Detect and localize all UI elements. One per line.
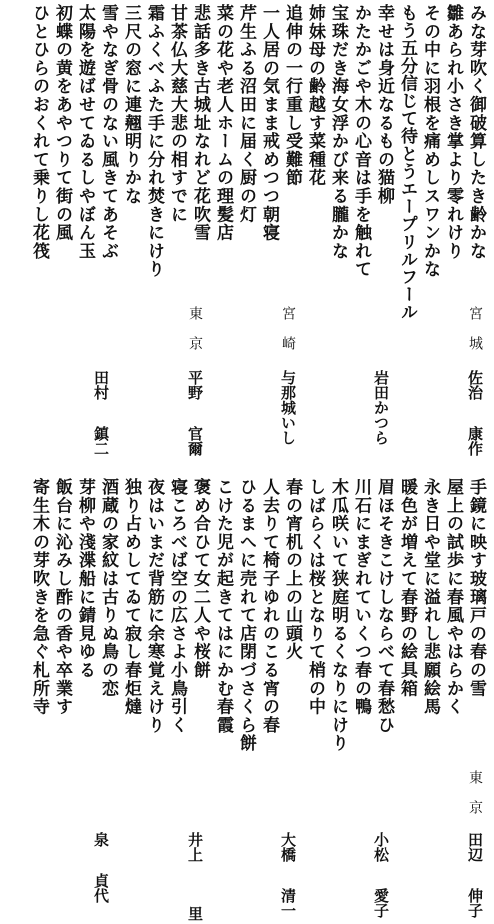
- haiku-line: ひとひらのおくれて乗りし花筏: [29, 4, 49, 260]
- author-family-name: 田村: [92, 370, 110, 400]
- author-prefecture: 東京: [186, 306, 204, 366]
- haiku-line: 酒蔵の家紋は古りぬ鳥の恋: [98, 478, 118, 698]
- haiku-line: 夜はいまだ背筋に余寒覚えけり: [144, 478, 164, 734]
- author-given-name: 康作: [466, 426, 484, 456]
- haiku-line: 三尺の窓に連翹明りかな: [121, 4, 141, 205]
- author-prefecture: 東京: [466, 770, 484, 830]
- author-prefecture: 宮城: [466, 306, 484, 366]
- haiku-line: 菜の花や老人ホームの理髪店: [213, 4, 233, 242]
- author-name: 田辺伸子: [466, 832, 484, 918]
- haiku-line: 雛あられ小さき掌より零れけり: [443, 4, 463, 260]
- haiku-line: もう五分信じて待とうエープリルフール: [397, 4, 417, 321]
- haiku-line: 宝珠だき海女浮かび来る朧かな: [328, 4, 348, 260]
- haiku-line: 雪やなぎ骨のない風きてあそぶ: [98, 4, 118, 260]
- author-name: 佐治康作: [466, 370, 484, 456]
- haiku-line: 独り占めしてゐて寂し春炬燵: [121, 478, 141, 716]
- haiku-line: 芽柳や淺渫船に錆見ゆる: [75, 478, 95, 679]
- author-prefecture: 宮崎: [279, 306, 297, 366]
- author-given-name: 伸子: [466, 888, 484, 918]
- haiku-line: 初蝶の黄をあやつりて街の風: [52, 4, 72, 242]
- author-family-name: 小松: [372, 832, 390, 862]
- author-name: 小松愛子: [372, 832, 390, 918]
- haiku-line: 春の宵机の上の山頭火: [282, 478, 302, 661]
- author-name: 与那城いし: [279, 370, 297, 445]
- author-name: 井上里: [186, 832, 204, 921]
- haiku-line: 一人居の気まま戒めつつ朝寝: [259, 4, 279, 242]
- haiku-line: 芹生ふる沼田に届く厨の灯: [236, 4, 256, 224]
- haiku-line: 眉ほそきこけしならべて春愁ひ: [374, 478, 394, 734]
- author-name: 田村鎮二: [92, 370, 110, 456]
- author-family-name: 平野: [186, 370, 204, 400]
- haiku-line: 太陽を遊ばせてゐるしやぼん玉: [75, 4, 95, 260]
- author-name: 平野官爾: [186, 370, 204, 456]
- author-family-name: 大橋: [279, 832, 297, 862]
- haiku-line: 褒め合ひて女二人や桜餅: [190, 478, 210, 679]
- haiku-line: 姉妹母の齢越す菜種花: [305, 4, 325, 187]
- author-name: 岩田かつら: [372, 370, 390, 445]
- author-given-name: 鎮二: [92, 426, 110, 456]
- haiku-line: 寄生木の芽吹きを急ぐ札所寺: [29, 478, 49, 716]
- haiku-line: 木瓜咲いて狭庭明るくなりにけり: [328, 478, 348, 753]
- haiku-line: 霜ふくべふた手に分れ焚きにけり: [144, 4, 164, 279]
- haiku-line: ひるまへに売れて店閉づさくら餅: [236, 478, 256, 753]
- author-given-name: かつら: [372, 400, 390, 445]
- author-given-name: 貞代: [92, 873, 110, 903]
- author-given-name: 官爾: [186, 426, 204, 456]
- haiku-line: 手鏡に映す玻璃戸の春の雪: [466, 478, 486, 698]
- author-name: 大橋清一: [279, 832, 297, 918]
- author-name: 泉貞代: [92, 832, 110, 903]
- haiku-line: かたかごや木の心音は手を触れて: [351, 4, 371, 279]
- haiku-line: みな芽吹く御破算したき齢かな: [466, 4, 486, 260]
- author-given-name: いし: [279, 415, 297, 445]
- author-family-name: 岩田: [372, 370, 390, 400]
- author-family-name: 佐治: [466, 370, 484, 400]
- author-given-name: 清一: [279, 888, 297, 918]
- haiku-line: 追伸の一行重し受難節: [282, 4, 302, 187]
- author-given-name: 里: [186, 906, 204, 921]
- haiku-line: 飯台に沁みし酢の香や卒業す: [52, 478, 72, 716]
- haiku-line: 永き日や堂に溢れし悲願絵馬: [420, 478, 440, 716]
- author-family-name: 井上: [186, 832, 204, 862]
- haiku-line: こけた児が起きてはにかむ春霞: [213, 478, 233, 734]
- author-family-name: 田辺: [466, 832, 484, 862]
- author-family-name: 与那城: [279, 370, 297, 415]
- haiku-line: その中に羽根を痛めしスワンかな: [420, 4, 440, 279]
- author-family-name: 泉: [92, 832, 110, 847]
- haiku-line: 悲話多き古城址なれど花吹雪: [190, 4, 210, 242]
- haiku-line: 屋上の試歩に春風やはらかく: [443, 478, 463, 716]
- haiku-line: 甘茶仏大慈大悲の相すでに: [167, 4, 187, 224]
- haiku-line: 人去りて椅子ゆれのこる宵の春: [259, 478, 279, 734]
- haiku-line: 暖色が増えて春野の絵具箱: [397, 478, 417, 698]
- haiku-line: しばらくは桜となりて梢の中: [305, 478, 325, 716]
- haiku-line: 寝ころべば空の広さよ小鳥引く: [167, 478, 187, 734]
- author-given-name: 愛子: [372, 888, 390, 918]
- haiku-line: 川石にまぎれていくつ春の鴨: [351, 478, 371, 716]
- haiku-line: 幸せは身近なるもの猫柳: [374, 4, 394, 205]
